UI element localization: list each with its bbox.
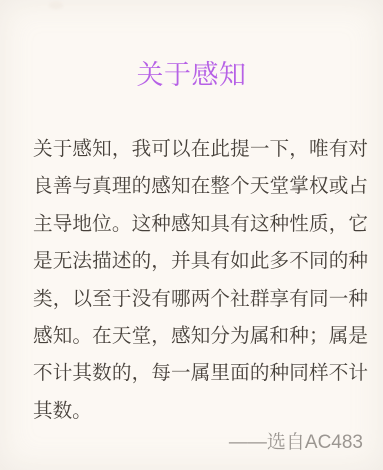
reading-page: 关于感知 关于感知，我可以在此提一下，唯有对良善与真理的感知在整个天堂掌权或占主…	[0, 0, 383, 470]
body-paragraph: 关于感知，我可以在此提一下，唯有对良善与真理的感知在整个天堂掌权或占主导地位。这…	[33, 131, 368, 430]
source-attribution: ——选自AC483	[33, 429, 363, 456]
faint-smudge	[49, 1, 63, 9]
page-title: 关于感知	[0, 58, 383, 92]
